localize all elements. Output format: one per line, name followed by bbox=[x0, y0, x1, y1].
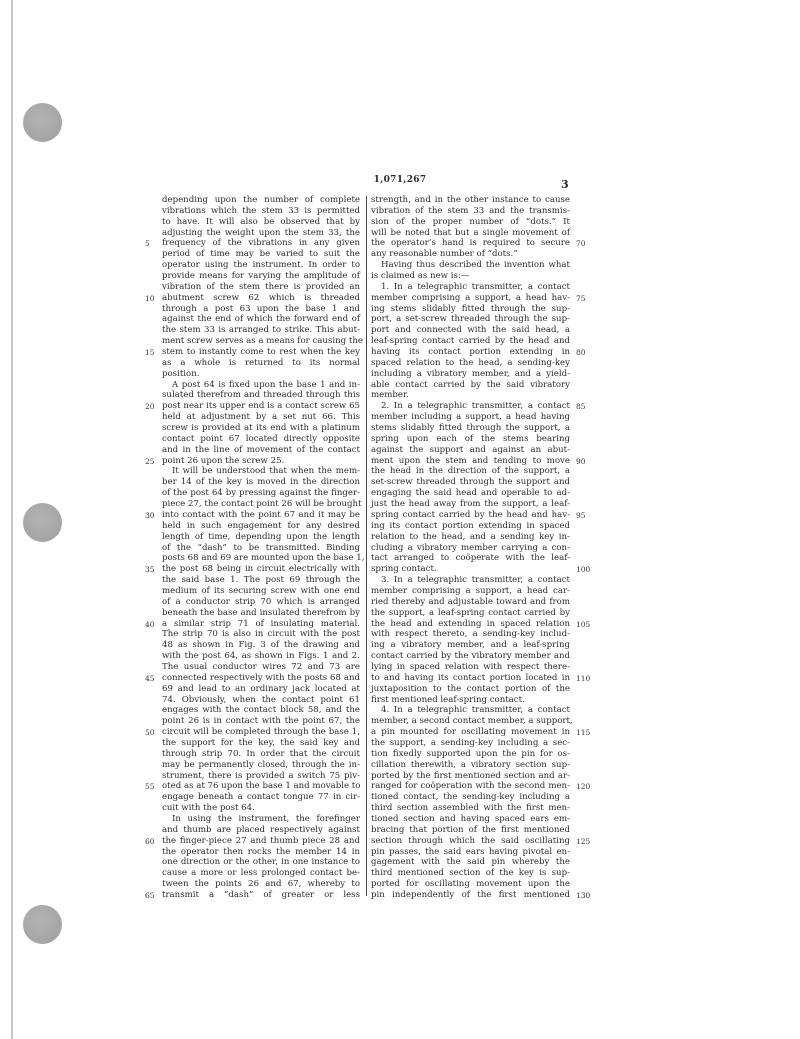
text-line: the said base 1. The post 69 through the bbox=[162, 575, 360, 586]
text-line: against the end of which the forward end… bbox=[162, 314, 360, 325]
text-line: through a post 63 upon the base 1 and bbox=[162, 304, 360, 315]
text-line: lying in spaced relation with respect th… bbox=[371, 662, 570, 673]
text-line: the head in the direction of the support… bbox=[371, 466, 570, 477]
text-line: relation to the head, and a sending key … bbox=[371, 532, 570, 543]
text-line: pin independently of the first mentioned bbox=[371, 890, 570, 901]
text-line: may be permanently closed, through the i… bbox=[162, 760, 360, 771]
line-number: 130 bbox=[576, 891, 590, 902]
text-line: spaced relation to the head, a sending-k… bbox=[371, 358, 570, 369]
line-number: 15 bbox=[145, 348, 155, 359]
text-line: held at adjustment by a set nut 66. This bbox=[162, 412, 360, 423]
text-line: cuit with the post 64. bbox=[162, 803, 360, 814]
text-line: port and connected with the said head, a bbox=[371, 325, 570, 336]
left-text-column: depending upon the number of completevib… bbox=[162, 195, 360, 901]
text-line: to and having its contact portion locate… bbox=[371, 673, 570, 684]
patent-number: 1,071,267 bbox=[0, 175, 800, 185]
text-line: frequency of the vibrations in any given bbox=[162, 238, 360, 249]
text-line: the support for the key, the said key an… bbox=[162, 738, 360, 749]
text-line: will be noted that but a single movement… bbox=[371, 228, 570, 239]
text-line: of the “dash” to be transmitted. Binding bbox=[162, 543, 360, 554]
text-line: the stem 33 is arranged to strike. This … bbox=[162, 325, 360, 336]
text-line: with the post 64, as shown in Figs. 1 an… bbox=[162, 651, 360, 662]
text-line: the post 68 being in circuit electricall… bbox=[162, 564, 360, 575]
line-number: 50 bbox=[145, 728, 155, 739]
text-line: vibration of the stem there is provided … bbox=[162, 282, 360, 293]
text-line: first mentioned leaf-spring contact. bbox=[371, 695, 570, 706]
text-line: ing a vibratory member, and a leaf-sprin… bbox=[371, 640, 570, 651]
punch-hole-top bbox=[23, 103, 62, 142]
column-divider bbox=[366, 196, 367, 896]
text-line: tween the points 26 and 67, whereby to bbox=[162, 879, 360, 890]
text-line: the operator’s hand is required to secur… bbox=[371, 238, 570, 249]
text-line: any reasonable number of “dots.” bbox=[371, 249, 570, 260]
text-line: vibration of the stem 33 and the transmi… bbox=[371, 206, 570, 217]
text-line: 48 as shown in Fig. 3 of the drawing and bbox=[162, 640, 360, 651]
text-line: posts 68 and 69 are mounted upon the bas… bbox=[162, 553, 360, 564]
text-line: the operator then rocks the member 14 in bbox=[162, 847, 360, 858]
line-number: 70 bbox=[576, 239, 586, 250]
text-line: the support, a leaf-spring contact carri… bbox=[371, 608, 570, 619]
text-line: period of time may be varied to suit the bbox=[162, 249, 360, 260]
line-number: 30 bbox=[145, 511, 155, 522]
text-line: 2. In a telegraphic transmitter, a conta… bbox=[371, 401, 570, 412]
text-line: third mentioned section of the key is su… bbox=[371, 868, 570, 879]
text-line: into contact with the point 67 and it ma… bbox=[162, 510, 360, 521]
text-line: The usual conductor wires 72 and 73 are bbox=[162, 662, 360, 673]
line-number: 60 bbox=[145, 837, 155, 848]
text-line: oted as at 76 upon the base 1 and movabl… bbox=[162, 781, 360, 792]
text-line: through strip 70. In order that the circ… bbox=[162, 749, 360, 760]
text-line: having its contact portion extending in bbox=[371, 347, 570, 358]
text-line: operator using the instrument. In order … bbox=[162, 260, 360, 271]
text-line: sion of the proper number of “dots.” It bbox=[371, 217, 570, 228]
text-line: ing stems slidably fitted through the su… bbox=[371, 304, 570, 315]
text-line: member, a second contact member, a suppo… bbox=[371, 716, 570, 727]
text-line: depending upon the number of complete bbox=[162, 195, 360, 206]
line-number: 75 bbox=[576, 294, 586, 305]
text-line: third section assembled with the first m… bbox=[371, 803, 570, 814]
text-line: ment screw serves as a means for causing… bbox=[162, 336, 360, 347]
text-line: sulated therefrom and threaded through t… bbox=[162, 390, 360, 401]
line-number: 110 bbox=[576, 674, 590, 685]
text-line: A post 64 is fixed upon the base 1 and i… bbox=[162, 380, 360, 391]
text-line: connected respectively with the posts 68… bbox=[162, 673, 360, 684]
text-line: ment upon the stem and tending to move bbox=[371, 456, 570, 467]
line-number: 95 bbox=[576, 511, 586, 522]
text-line: member including a support, a head havin… bbox=[371, 412, 570, 423]
line-number: 125 bbox=[576, 837, 590, 848]
line-number: 105 bbox=[576, 620, 590, 631]
text-line: post near its upper end is a contact scr… bbox=[162, 401, 360, 412]
text-line: ber 14 of the key is moved in the direct… bbox=[162, 477, 360, 488]
text-line: 74. Obviously, when the contact point 61 bbox=[162, 695, 360, 706]
text-line: piece 27, the contact point 26 will be b… bbox=[162, 499, 360, 510]
text-line: set-screw threaded through the support a… bbox=[371, 477, 570, 488]
text-line: 4. In a telegraphic transmitter, a conta… bbox=[371, 705, 570, 716]
line-number: 5 bbox=[145, 239, 150, 250]
line-number: 55 bbox=[145, 782, 155, 793]
text-line: point 26 upon the screw 25. bbox=[162, 456, 360, 467]
text-line: engaging the said head and operable to a… bbox=[371, 488, 570, 499]
text-line: and thumb are placed respectively agains… bbox=[162, 825, 360, 836]
scan-edge-line bbox=[11, 0, 13, 1039]
text-line: pin passes, the said ears having pivotal… bbox=[371, 847, 570, 858]
text-line: of a conductor strip 70 which is arrange… bbox=[162, 597, 360, 608]
text-line: the finger-piece 27 and thumb piece 28 a… bbox=[162, 836, 360, 847]
text-line: just the head away from the support, a l… bbox=[371, 499, 570, 510]
text-line: a pin mounted for oscillating movement i… bbox=[371, 727, 570, 738]
text-line: and in the line of movement of the conta… bbox=[162, 445, 360, 456]
text-line: It will be understood that when the mem- bbox=[162, 466, 360, 477]
text-line: ried thereby and adjustable toward and f… bbox=[371, 597, 570, 608]
line-number: 120 bbox=[576, 782, 590, 793]
line-number: 25 bbox=[145, 457, 155, 468]
line-number: 10 bbox=[145, 294, 155, 305]
text-line: leaf-spring contact carried by the head … bbox=[371, 336, 570, 347]
text-line: engages with the contact block 58, and t… bbox=[162, 705, 360, 716]
text-line: In using the instrument, the forefinger bbox=[162, 814, 360, 825]
text-line: 3. In a telegraphic transmitter, a conta… bbox=[371, 575, 570, 586]
line-number: 45 bbox=[145, 674, 155, 685]
text-line: strument, there is provided a switch 75 … bbox=[162, 771, 360, 782]
text-line: port, a set-screw threaded through the s… bbox=[371, 314, 570, 325]
line-number: 35 bbox=[145, 565, 155, 576]
right-text-column: strength, and in the other instance to c… bbox=[371, 195, 570, 901]
text-line: length of time, depending upon the lengt… bbox=[162, 532, 360, 543]
text-line: of the post 64 by pressing against the f… bbox=[162, 488, 360, 499]
text-line: cillation therewith, a vibratory section… bbox=[371, 760, 570, 771]
text-line: medium of its securing screw with one en… bbox=[162, 586, 360, 597]
text-line: Having thus described the invention what bbox=[371, 260, 570, 271]
line-number: 40 bbox=[145, 620, 155, 631]
text-line: spring contact. bbox=[371, 564, 570, 575]
text-line: The strip 70 is also in circuit with the… bbox=[162, 629, 360, 640]
text-line: screw is provided at its end with a plat… bbox=[162, 423, 360, 434]
text-line: held in such engagement for any desired bbox=[162, 521, 360, 532]
text-line: transmit a “dash” of greater or less bbox=[162, 890, 360, 901]
text-line: strength, and in the other instance to c… bbox=[371, 195, 570, 206]
text-line: adjusting the weight upon the stem 33, t… bbox=[162, 228, 360, 239]
line-number: 80 bbox=[576, 348, 586, 359]
text-line: tion fixedly supported upon the pin for … bbox=[371, 749, 570, 760]
text-line: tioned section and having spaced ears em… bbox=[371, 814, 570, 825]
text-line: member comprising a support, a head hav- bbox=[371, 293, 570, 304]
text-line: able contact carried by the said vibrato… bbox=[371, 380, 570, 391]
line-number: 65 bbox=[145, 891, 155, 902]
line-number: 85 bbox=[576, 402, 586, 413]
text-line: with respect thereto, a sending-key incl… bbox=[371, 629, 570, 640]
text-line: spring upon each of the stems bearing bbox=[371, 434, 570, 445]
text-line: cause a more or less prolonged contact b… bbox=[162, 868, 360, 879]
text-line: circuit will be completed through the ba… bbox=[162, 727, 360, 738]
text-line: vibrations which the stem 33 is permitte… bbox=[162, 206, 360, 217]
text-line: gagement with the said pin whereby the bbox=[371, 857, 570, 868]
text-line: is claimed as new is:— bbox=[371, 271, 570, 282]
text-line: the head and extending in spaced relatio… bbox=[371, 619, 570, 630]
text-line: against the support and against an abut- bbox=[371, 445, 570, 456]
page-number: 3 bbox=[561, 178, 569, 191]
text-line: beneath the base and insulated therefrom… bbox=[162, 608, 360, 619]
text-line: position. bbox=[162, 369, 360, 380]
punch-hole-middle bbox=[23, 503, 62, 542]
text-line: tact arranged to coöperate with the leaf… bbox=[371, 553, 570, 564]
text-line: contact point 67 located directly opposi… bbox=[162, 434, 360, 445]
text-line: cluding a vibratory member carrying a co… bbox=[371, 543, 570, 554]
text-line: ranged for coöperation with the second m… bbox=[371, 781, 570, 792]
text-line: 1. In a telegraphic transmitter, a conta… bbox=[371, 282, 570, 293]
text-line: abutment screw 62 which is threaded bbox=[162, 293, 360, 304]
line-number: 20 bbox=[145, 402, 155, 413]
text-line: section through which the said oscillati… bbox=[371, 836, 570, 847]
line-number: 100 bbox=[576, 565, 590, 576]
text-line: ported by the first mentioned section an… bbox=[371, 771, 570, 782]
punch-hole-bottom bbox=[23, 905, 62, 944]
text-line: point 26 is in contact with the point 67… bbox=[162, 716, 360, 727]
text-line: one direction or the other, in one insta… bbox=[162, 857, 360, 868]
text-line: to have. It will also be observed that b… bbox=[162, 217, 360, 228]
text-line: stems slidably fitted through the suppor… bbox=[371, 423, 570, 434]
text-line: juxtaposition to the contact portion of … bbox=[371, 684, 570, 695]
text-line: bracing that portion of the first mentio… bbox=[371, 825, 570, 836]
text-line: ported for oscillating movement upon the bbox=[371, 879, 570, 890]
text-line: member. bbox=[371, 390, 570, 401]
text-line: ing its contact portion extending in spa… bbox=[371, 521, 570, 532]
text-line: stem to instantly come to rest when the … bbox=[162, 347, 360, 358]
text-line: the support, a sending-key including a s… bbox=[371, 738, 570, 749]
text-line: contact carried by the vibratory member … bbox=[371, 651, 570, 662]
text-line: a similar strip 71 of insulating materia… bbox=[162, 619, 360, 630]
text-line: member comprising a support, a head car- bbox=[371, 586, 570, 597]
line-number: 115 bbox=[576, 728, 590, 739]
text-line: as a whole is returned to its normal bbox=[162, 358, 360, 369]
text-line: provide means for varying the amplitude … bbox=[162, 271, 360, 282]
text-line: tioned contact, the sending-key includin… bbox=[371, 792, 570, 803]
text-line: 69 and lead to an ordinary jack located … bbox=[162, 684, 360, 695]
text-line: spring contact carried by the head and h… bbox=[371, 510, 570, 521]
text-line: including a vibratory member, and a yiel… bbox=[371, 369, 570, 380]
line-number: 90 bbox=[576, 457, 586, 468]
text-line: engage beneath a contact tongue 77 in ci… bbox=[162, 792, 360, 803]
